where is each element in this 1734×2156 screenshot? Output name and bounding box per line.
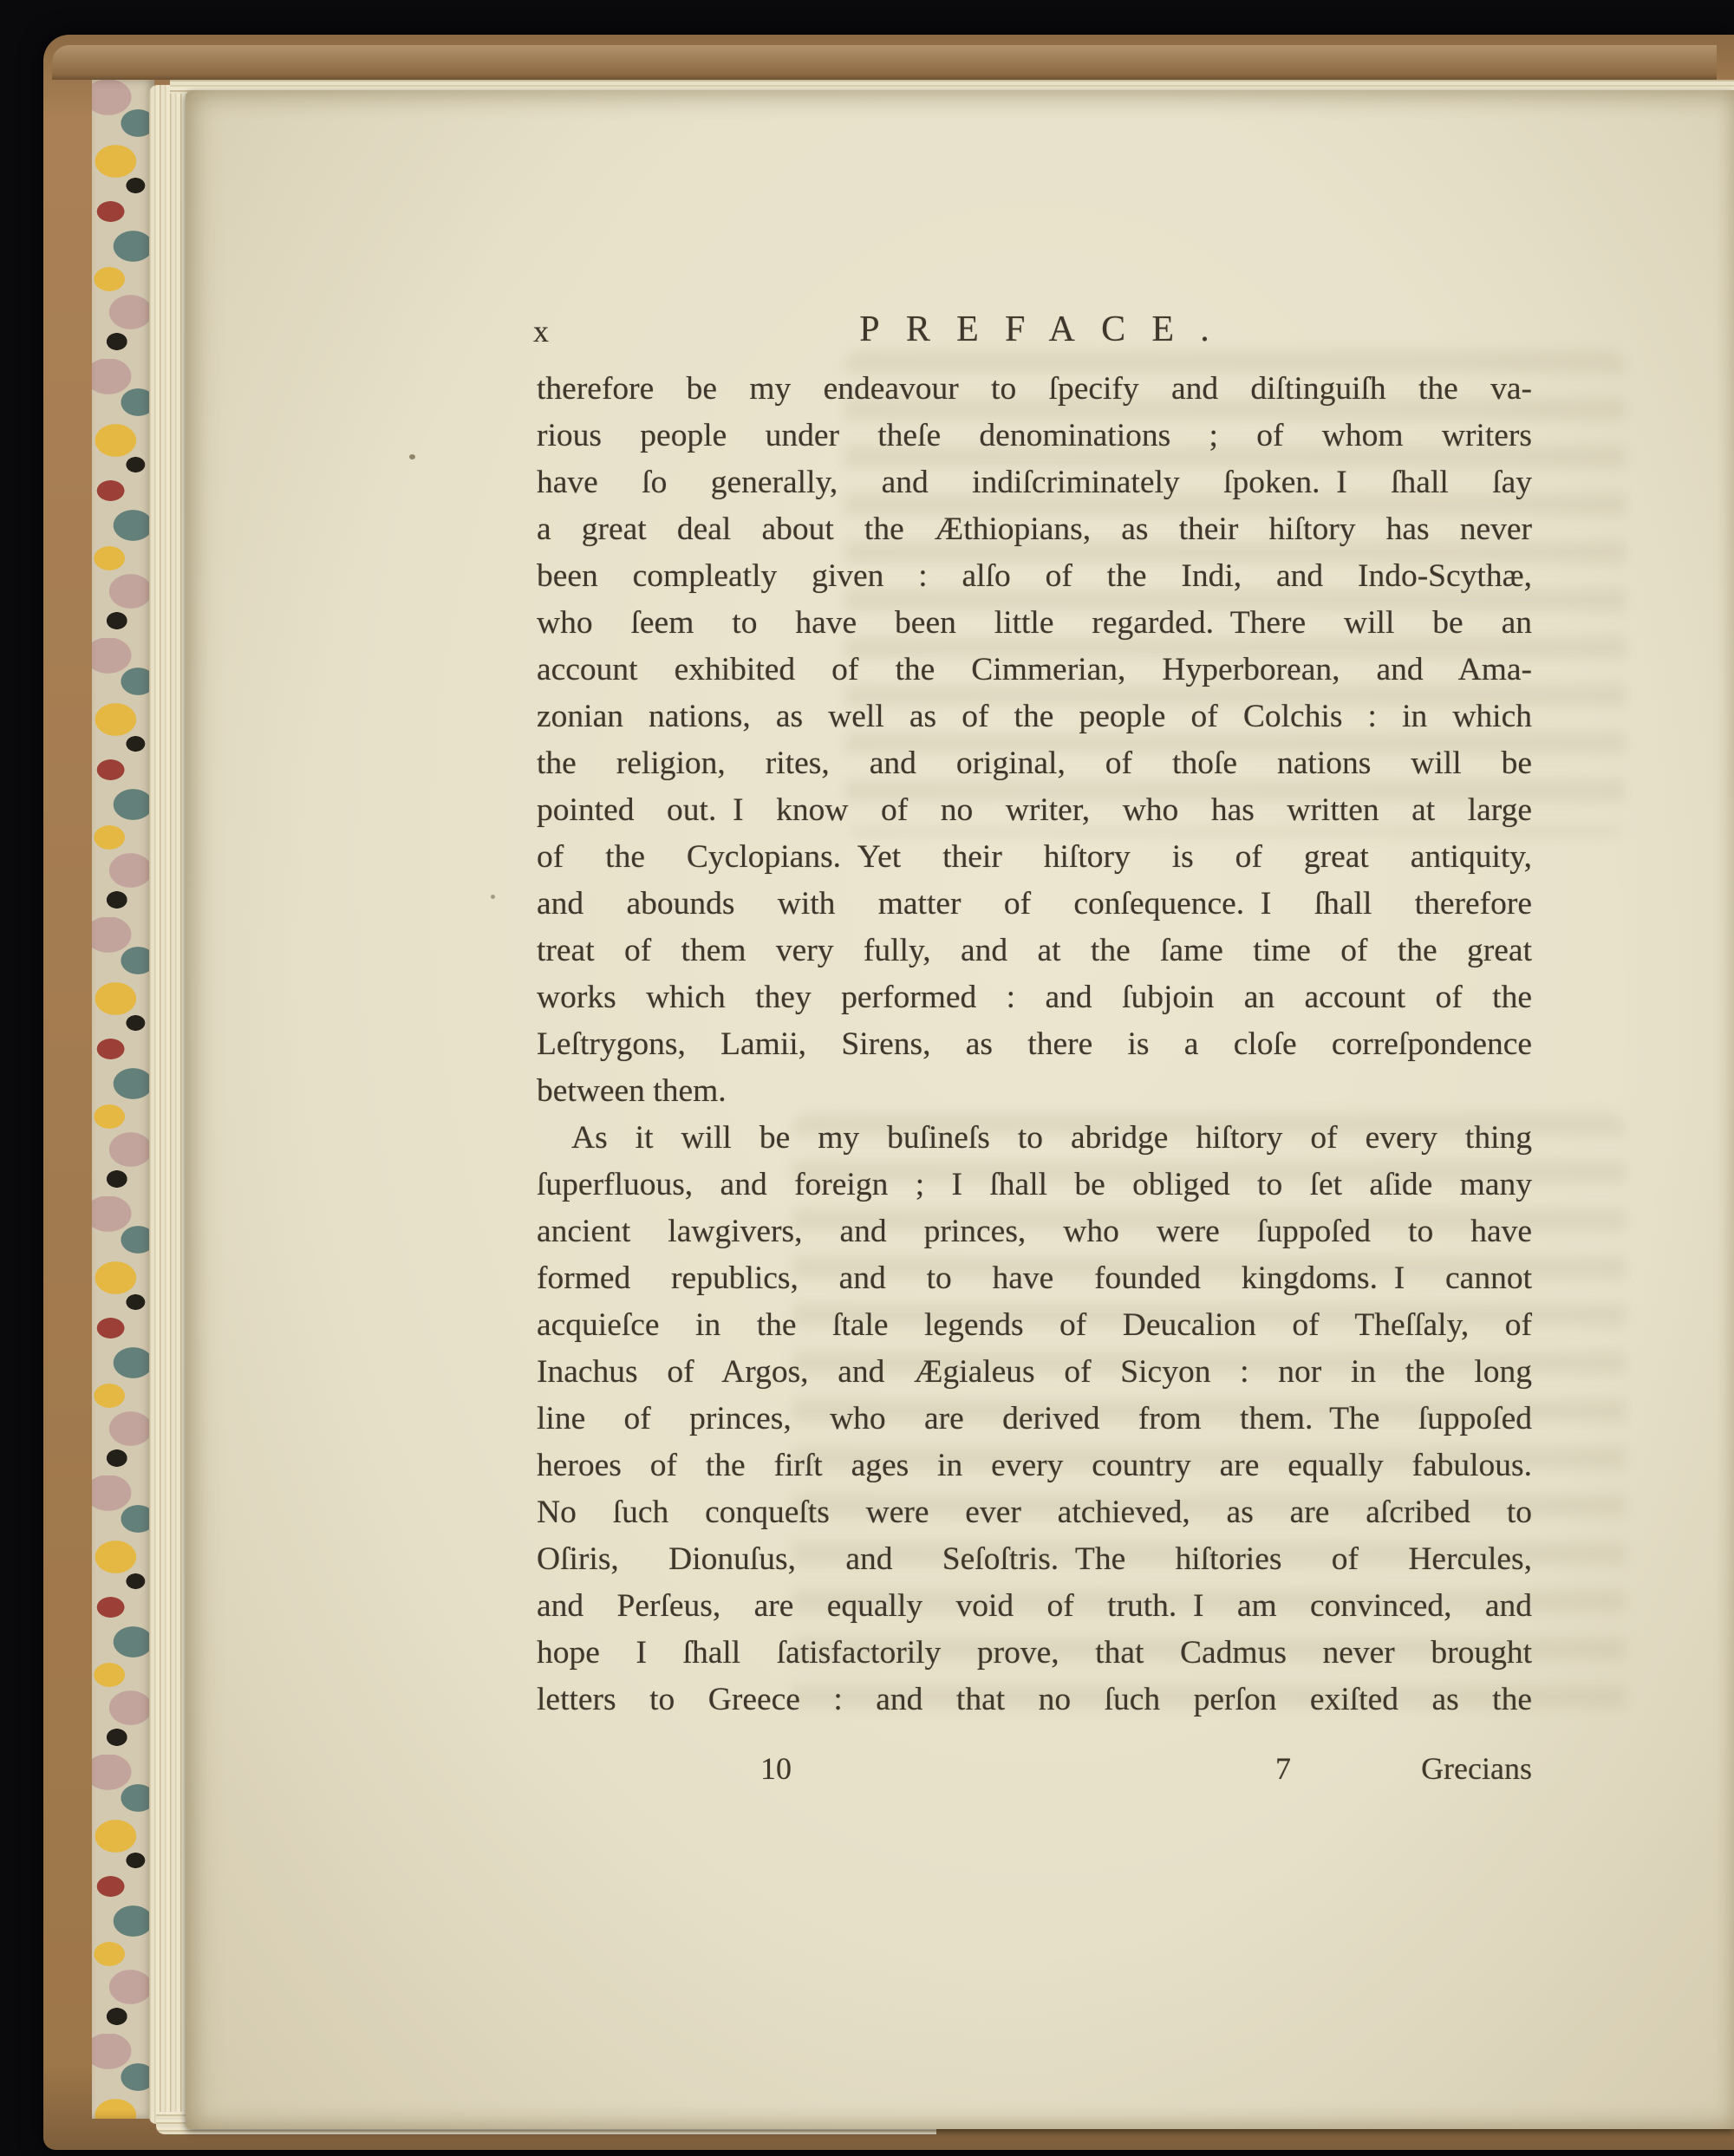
text-line: and abounds with matter of conſequence. …: [537, 881, 1532, 928]
text-line: zonian nations, as well as of the people…: [537, 694, 1532, 740]
text-line: pointed out. I know of no writer, who ha…: [537, 787, 1532, 834]
marbled-endpaper-edge: [92, 80, 154, 2119]
body-text-block: therefore be my endeavour to ſpecify and…: [537, 366, 1532, 1723]
text-line: treat of them very fully, and at the ſam…: [537, 928, 1532, 974]
text-line: works which they performed : and ſubjoin…: [537, 974, 1532, 1021]
text-line: a great deal about the Æthiopians, as th…: [537, 506, 1532, 553]
text-line: heroes of the firſt ages in every countr…: [537, 1443, 1532, 1489]
press-figure-left: 10: [760, 1744, 792, 1793]
text-line: the religion, rites, and original, of th…: [537, 740, 1532, 787]
book-page: x PREFACE. therefore be my endeavour to …: [186, 90, 1734, 2129]
press-figure-right: 7: [1275, 1744, 1291, 1793]
paper-speck: [491, 895, 495, 899]
book-cover-top-edge: [52, 45, 1717, 80]
text-line: have ſo generally, and indiſcriminately …: [537, 459, 1532, 506]
text-line: between them.: [537, 1068, 1532, 1115]
catchword: Grecians: [1421, 1744, 1532, 1793]
text-line: hope I ſhall ſatisfactorily prove, that …: [537, 1630, 1532, 1677]
text-line: Oſiris, Dionuſus, and Seſoſtris. The hiſ…: [537, 1536, 1532, 1583]
text-line: been compleatly given : alſo of the Indi…: [537, 553, 1532, 600]
text-line: rious people under theſe denominations ;…: [537, 413, 1532, 459]
text-line: ancient lawgivers, and princes, who were…: [537, 1208, 1532, 1255]
page-header: x PREFACE.: [537, 303, 1532, 355]
text-line: who ſeem to have been little regarded. T…: [537, 600, 1532, 647]
text-line: therefore be my endeavour to ſpecify and…: [537, 366, 1532, 413]
page-edge-stack-left: [149, 85, 189, 2124]
text-line: ſuperfluous, and foreign ; I ſhall be ob…: [537, 1162, 1532, 1208]
page-number: x: [533, 316, 549, 347]
page-title: PREFACE.: [537, 303, 1558, 355]
text-line: formed republics, and to have founded ki…: [537, 1255, 1532, 1302]
text-line: line of princes, who are derived from th…: [537, 1396, 1532, 1443]
text-line: letters to Greece : and that no ſuch per…: [537, 1677, 1532, 1723]
page-footer: 10 7 Grecians: [537, 1744, 1532, 1793]
text-line: No ſuch conqueſts were ever atchieved, a…: [537, 1489, 1532, 1536]
text-line: Leſtrygons, Lamii, Sirens, as there is a…: [537, 1021, 1532, 1068]
paper-speck: [409, 454, 415, 459]
text-line: of the Cyclopians. Yet their hiſtory is …: [537, 834, 1532, 881]
text-line: acquieſce in the ſtale legends of Deucal…: [537, 1302, 1532, 1349]
text-line: and Perſeus, are equally void of truth. …: [537, 1583, 1532, 1630]
text-line: As it will be my buſineſs to abridge hiſ…: [537, 1115, 1532, 1162]
text-line: Inachus of Argos, and Ægialeus of Sicyon…: [537, 1349, 1532, 1396]
text-line: account exhibited of the Cimmerian, Hype…: [537, 647, 1532, 694]
